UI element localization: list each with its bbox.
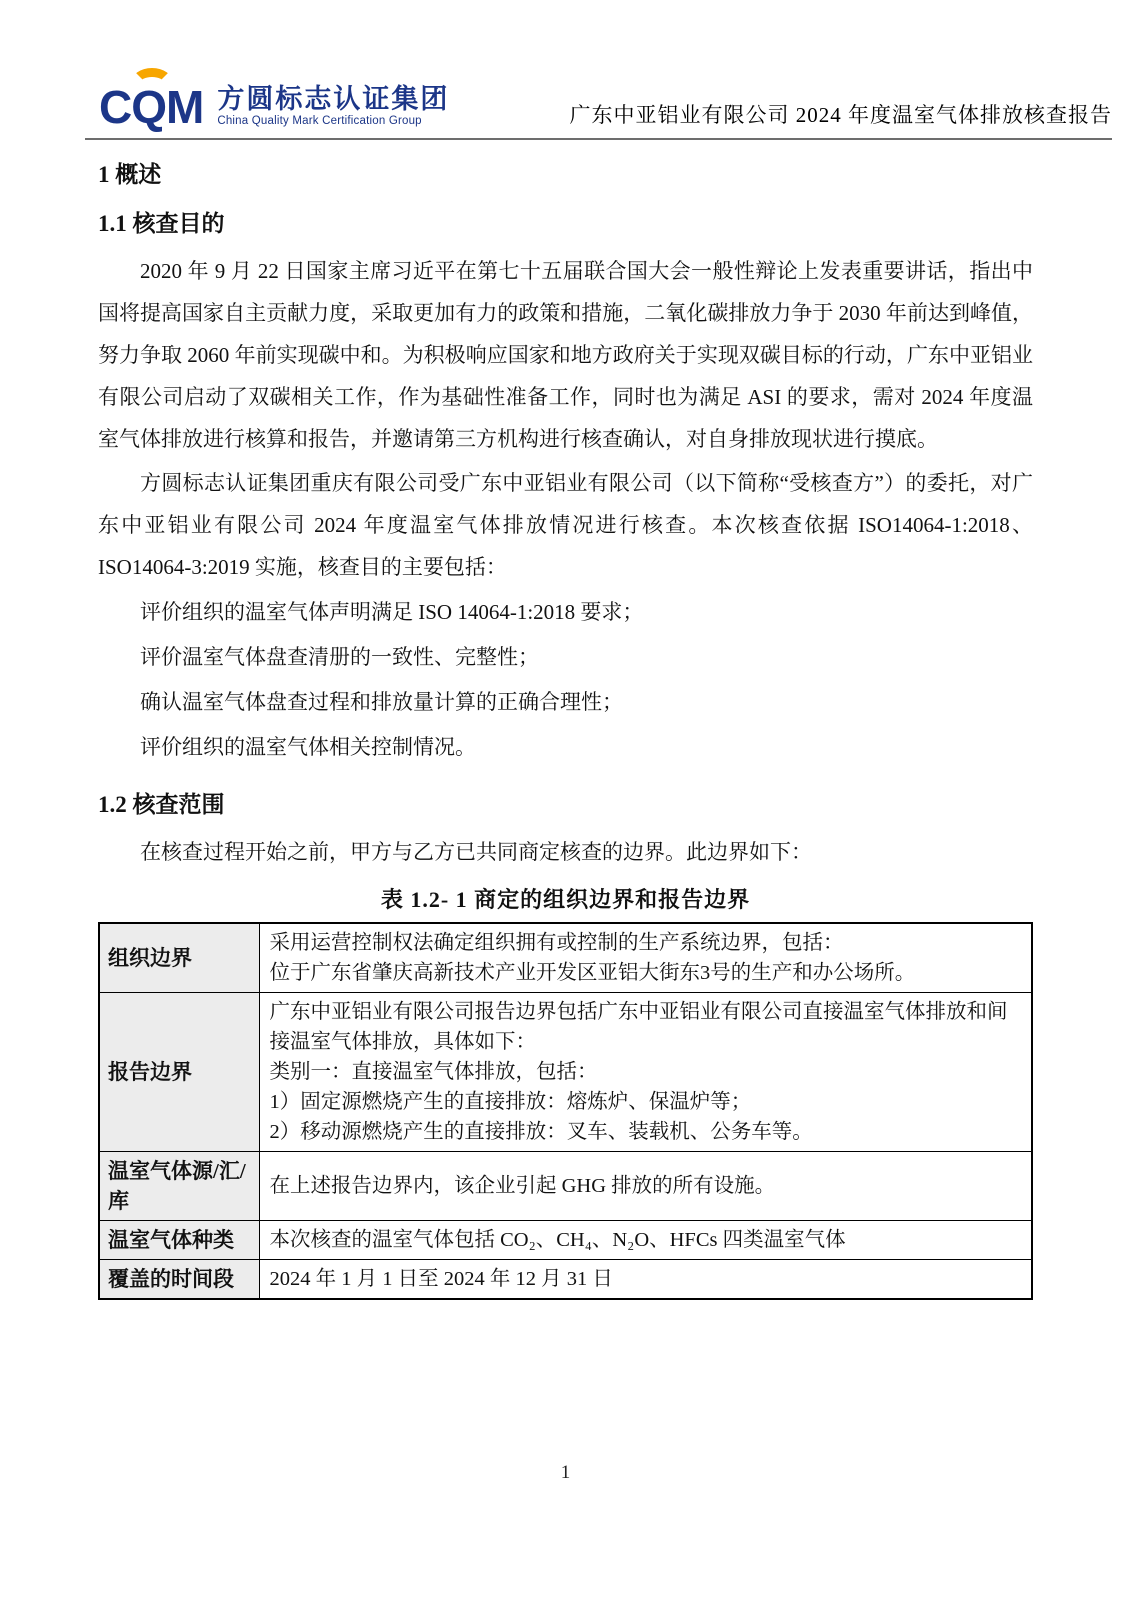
paragraph-scope: 在核查过程开始之前，甲方与乙方已共同商定核查的边界。此边界如下： <box>98 831 1033 873</box>
cqm-logo-mark: CQM <box>99 74 203 132</box>
logo-name-en: China Quality Mark Certification Group <box>217 114 449 129</box>
cqm-logo: CQM 方圆标志认证集团 China Quality Mark Certific… <box>99 74 449 132</box>
document-body: 1 概述 1.1 核查目的 2020 年 9 月 22 日国家主席习近平在第七十… <box>0 156 1131 1300</box>
row-content-ghg-types: 本次核查的温室气体包括 CO₂、CH₄、N₂O、HFCs 四类温室气体 <box>259 1221 1032 1260</box>
table-row: 覆盖的时间段 2024 年 1 月 1 日至 2024 年 12 月 31 日 <box>99 1260 1032 1300</box>
paragraph-engagement: 方圆标志认证集团重庆有限公司受广东中亚铝业有限公司（以下简称“受核查方”）的委托… <box>98 462 1033 588</box>
page-number: 1 <box>0 1462 1131 1484</box>
purpose-item: 评价组织的温室气体声明满足 ISO 14064-1:2018 要求； <box>98 590 1033 635</box>
row-label-organizational-boundary: 组织边界 <box>99 923 259 993</box>
row-content-ghg-sources-sinks: 在上述报告边界内，该企业引起 GHG 排放的所有设施。 <box>259 1152 1032 1221</box>
logo-name-cn: 方圆标志认证集团 <box>217 84 449 114</box>
table-row: 报告边界 广东中亚铝业有限公司报告边界包括广东中亚铝业有限公司直接温室气体排放和… <box>99 993 1032 1152</box>
purpose-item: 评价温室气体盘查清册的一致性、完整性； <box>98 635 1033 680</box>
row-label-reporting-boundary: 报告边界 <box>99 993 259 1152</box>
report-page: CQM 方圆标志认证集团 China Quality Mark Certific… <box>0 0 1131 1600</box>
logo-arc-icon <box>131 68 173 98</box>
table-row: 组织边界 采用运营控制权法确定组织拥有或控制的生产系统边界，包括： 位于广东省肇… <box>99 923 1032 993</box>
purpose-item: 评价组织的温室气体相关控制情况。 <box>98 725 1033 770</box>
row-content-covered-period: 2024 年 1 月 1 日至 2024 年 12 月 31 日 <box>259 1260 1032 1300</box>
table-caption: 表 1.2- 1 商定的组织边界和报告边界 <box>98 883 1033 914</box>
heading-verification-purpose: 1.1 核查目的 <box>98 205 1033 238</box>
heading-overview: 1 概述 <box>98 156 1033 189</box>
row-content-organizational-boundary: 采用运营控制权法确定组织拥有或控制的生产系统边界，包括： 位于广东省肇庆高新技术… <box>259 923 1032 993</box>
row-label-ghg-sources-sinks: 温室气体源/汇/库 <box>99 1152 259 1221</box>
row-label-covered-period: 覆盖的时间段 <box>99 1260 259 1300</box>
row-label-ghg-types: 温室气体种类 <box>99 1221 259 1260</box>
boundary-table: 组织边界 采用运营控制权法确定组织拥有或控制的生产系统边界，包括： 位于广东省肇… <box>98 922 1033 1300</box>
purpose-item: 确认温室气体盘查过程和排放量计算的正确合理性； <box>98 680 1033 725</box>
table-row: 温室气体源/汇/库 在上述报告边界内，该企业引起 GHG 排放的所有设施。 <box>99 1152 1032 1221</box>
table-row: 温室气体种类 本次核查的温室气体包括 CO₂、CH₄、N₂O、HFCs 四类温室… <box>99 1221 1032 1260</box>
paragraph-background: 2020 年 9 月 22 日国家主席习近平在第七十五届联合国大会一般性辩论上发… <box>98 250 1033 460</box>
row-content-reporting-boundary: 广东中亚铝业有限公司报告边界包括广东中亚铝业有限公司直接温室气体排放和间接温室气… <box>259 993 1032 1152</box>
heading-verification-scope: 1.2 核查范围 <box>98 786 1033 819</box>
header-doc-title: 广东中亚铝业有限公司 2024 年度温室气体排放核查报告 <box>570 100 1113 132</box>
page-header: CQM 方圆标志认证集团 China Quality Mark Certific… <box>85 0 1112 140</box>
logo-wordmark: 方圆标志认证集团 China Quality Mark Certificatio… <box>217 78 449 129</box>
